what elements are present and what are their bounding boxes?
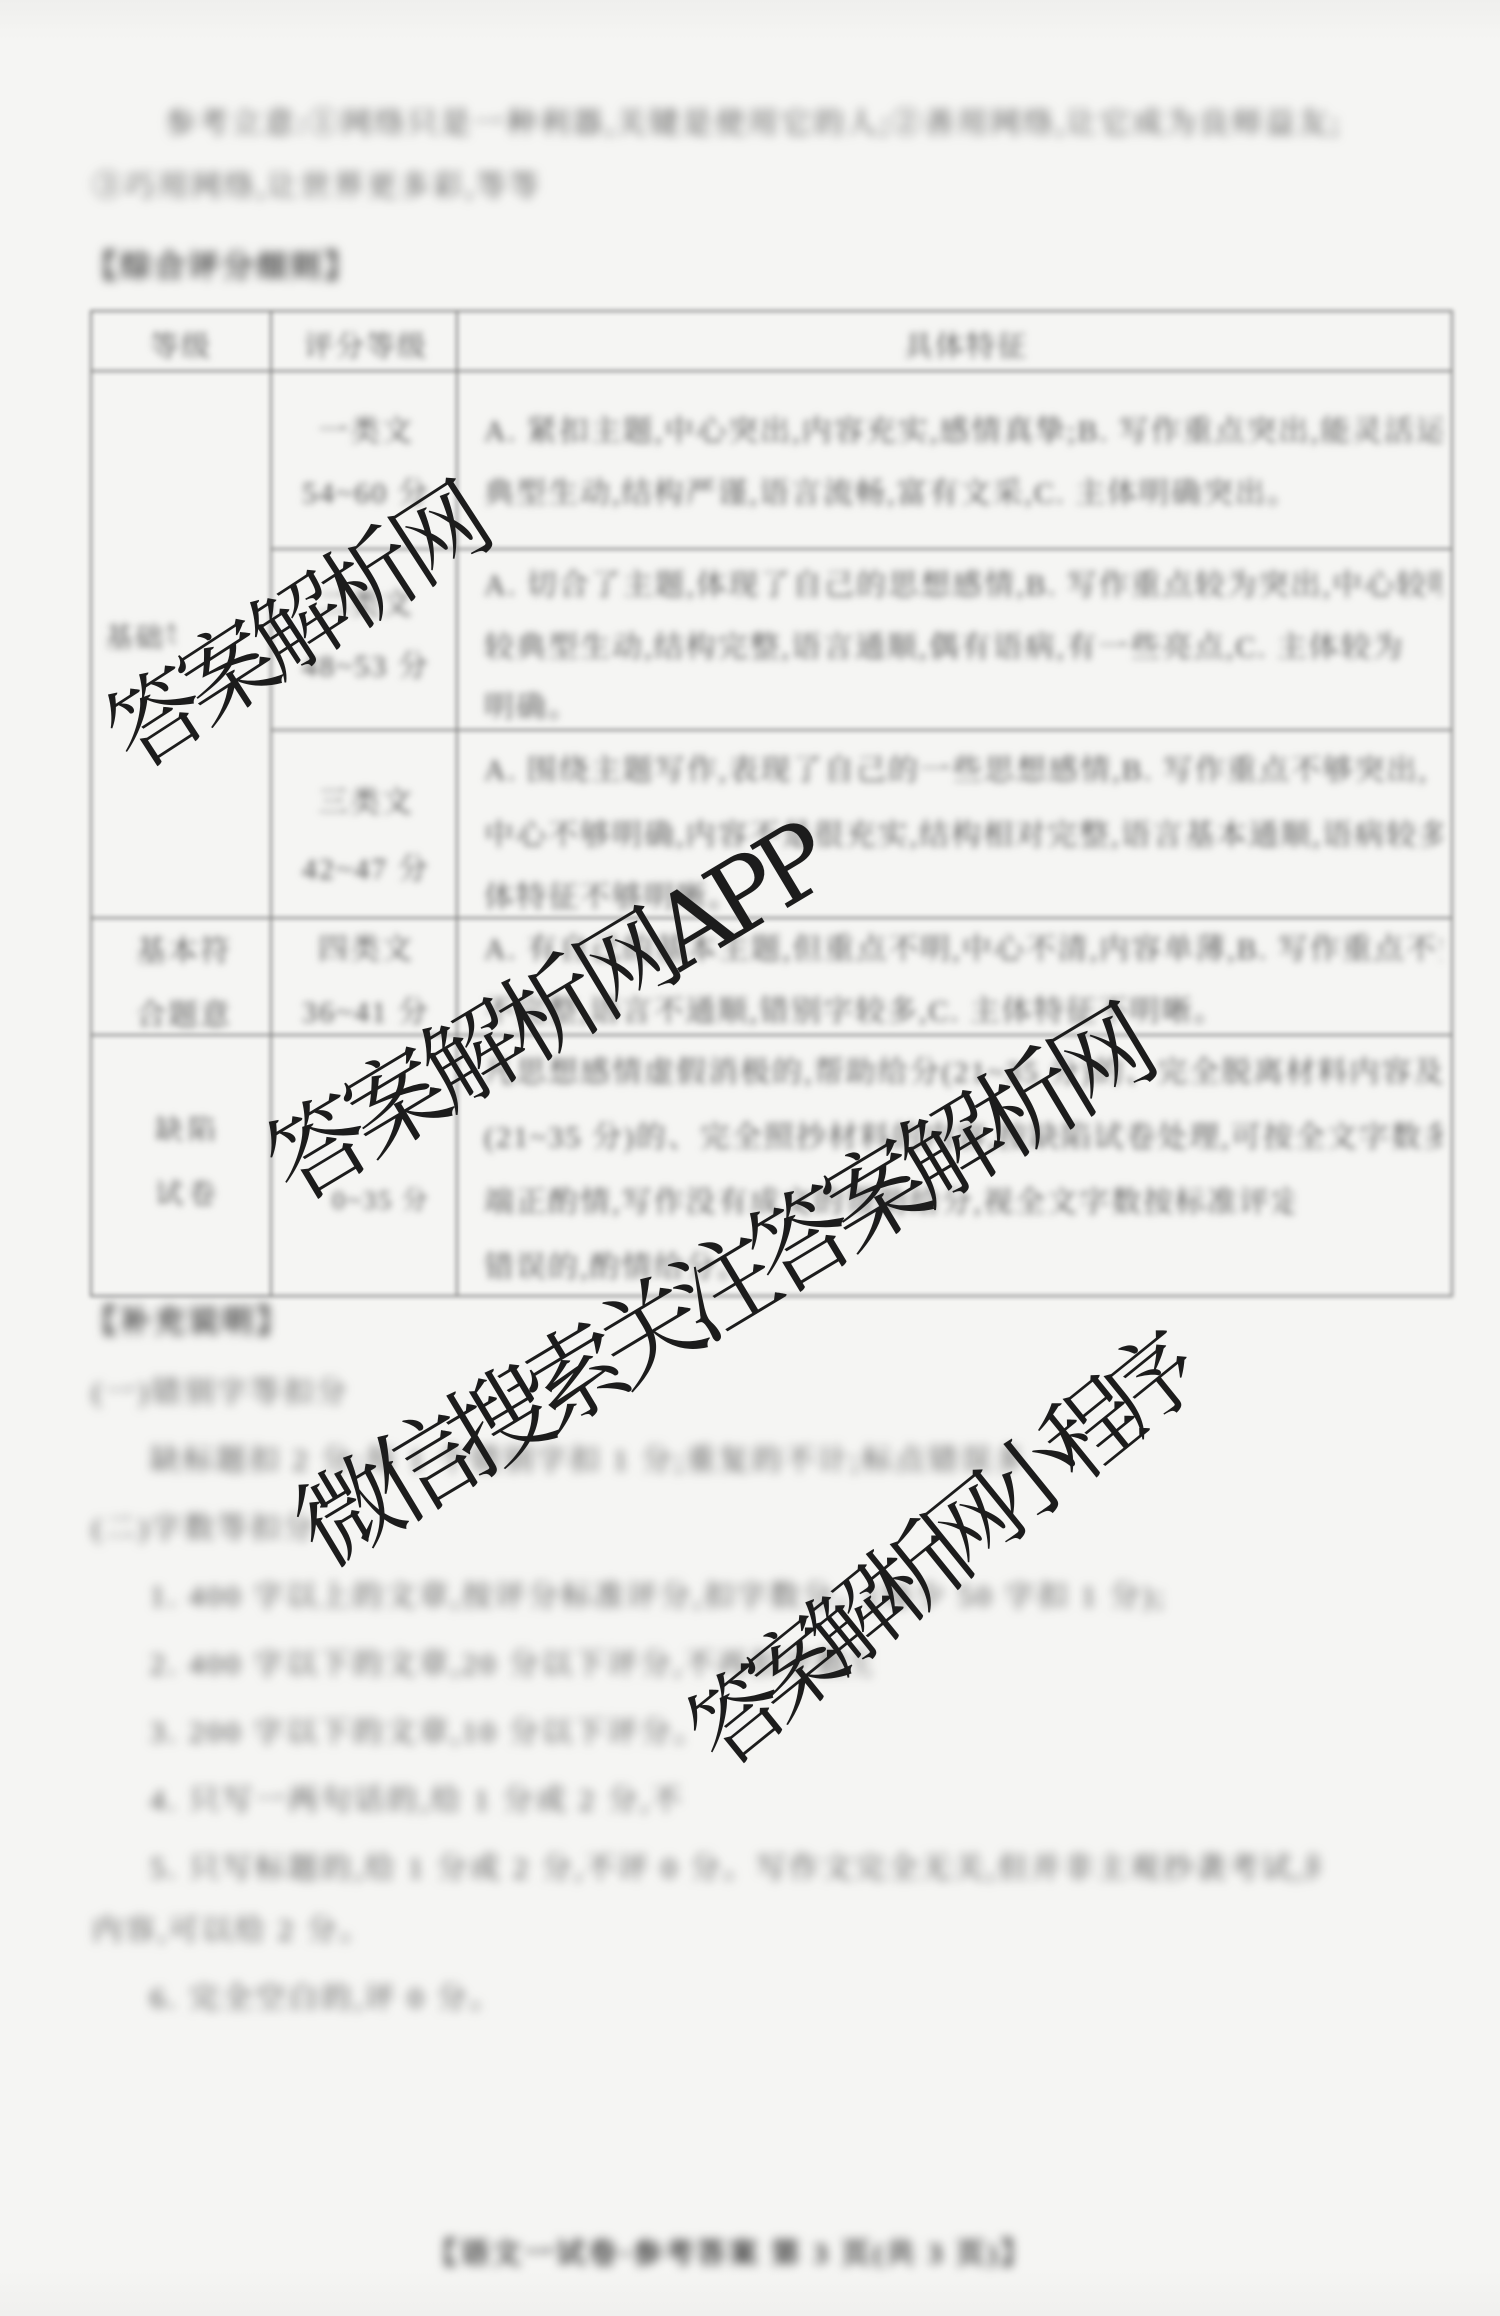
feature-line: 明确。 — [484, 690, 594, 726]
note-line: 4. 只写一两句话的,给 1 分或 2 分,不评 0 分。 — [150, 1782, 680, 1820]
grade-cell: 一类文 — [318, 414, 414, 450]
level-cell-dev: 基本符 — [136, 934, 232, 970]
level-cell-dev: 合题意 — [136, 998, 232, 1034]
intro-line: 参考立意:①网络只是一种利器,关键是使用它的人;②善用网络,让它成为良师益友; — [165, 105, 1445, 143]
table-border — [270, 729, 1453, 731]
note-line: 5. 只写标题的,给 1 分或 2 分,不评 0 分。写作文完全无关,但并非主观… — [150, 1850, 1320, 1888]
table-header-grade: 评分等级 — [304, 330, 428, 365]
note-line: 1. 400 字以上的文章,按评分标准评分,扣字数分。(每少 50 字扣 1 分… — [150, 1578, 1180, 1616]
page-footer: 【语文一试卷·参考答案 第 3 页(共 3 页)】 — [428, 2236, 1083, 2272]
table-border — [456, 312, 458, 1295]
feature-line: 典型生动,结构严谨,语言流畅,富有文采,C. 主体明确突出。 — [484, 476, 1442, 512]
watermark-mini-program: 答案解析网小程序 — [673, 1328, 1205, 1784]
scanned-answer-key-page: 参考立意:①网络只是一种利器,关键是使用它的人;②善用网络,让它成为良师益友; … — [0, 0, 1500, 2316]
rubric-heading: 【综合评分细则】 — [86, 248, 346, 287]
grade-cell: 四类文 — [318, 932, 414, 968]
table-border — [92, 370, 1451, 372]
notes-heading: 【补充说明】 — [86, 1303, 316, 1342]
note-line: 缺标题扣 2 分;每 1 个错别字扣 1 分;重复的不计;标点错误多的,酌情扣分… — [150, 1442, 1020, 1480]
note-line: 3. 200 字以下的文章,10 分以下评分。 — [150, 1714, 760, 1752]
feature-line: A. 切合了主题,体现了自己的思想感情,B. 写作重点较为突出,中心较明确,内容… — [484, 568, 1442, 604]
intro-line: ③巧用网络,让世界更多彩,等等。 — [92, 168, 537, 206]
table-border — [92, 1034, 1451, 1036]
note-line: 内容,可以给 2 分。 — [92, 1912, 397, 1950]
feature-line: 较典型生动,结构完整,语言通顺,偶有语病,有一些亮点,C. 主体较为 — [484, 630, 1442, 666]
grade-cell: 42~47 分 — [302, 852, 430, 888]
feature-line: A. 紧扣主题,中心突出,内容充实,感情真挚;B. 写作重点突出,能灵活运用多种… — [484, 414, 1442, 450]
grade-cell: 三类文 — [318, 785, 414, 821]
level-cell-defect: 试卷 — [155, 1178, 221, 1212]
feature-line: A. 围绕主题写作,表现了自己的一些思想感情,B. 写作重点不够突出, — [484, 753, 1442, 789]
table-header-level: 等级 — [150, 330, 212, 365]
table-header-feature: 具体特征 — [904, 330, 1029, 365]
level-cell-defect: 缺陷 — [155, 1114, 221, 1148]
note-line: 6. 完全空白的,评 0 分。 — [150, 1980, 565, 2018]
feature-line: 中心不够明确,内容不是很充实,结构相对完整,语言基本通顺,语病较多,但表达尚一般… — [484, 818, 1442, 854]
note-line: (一)错别字等扣分 — [92, 1374, 347, 1412]
